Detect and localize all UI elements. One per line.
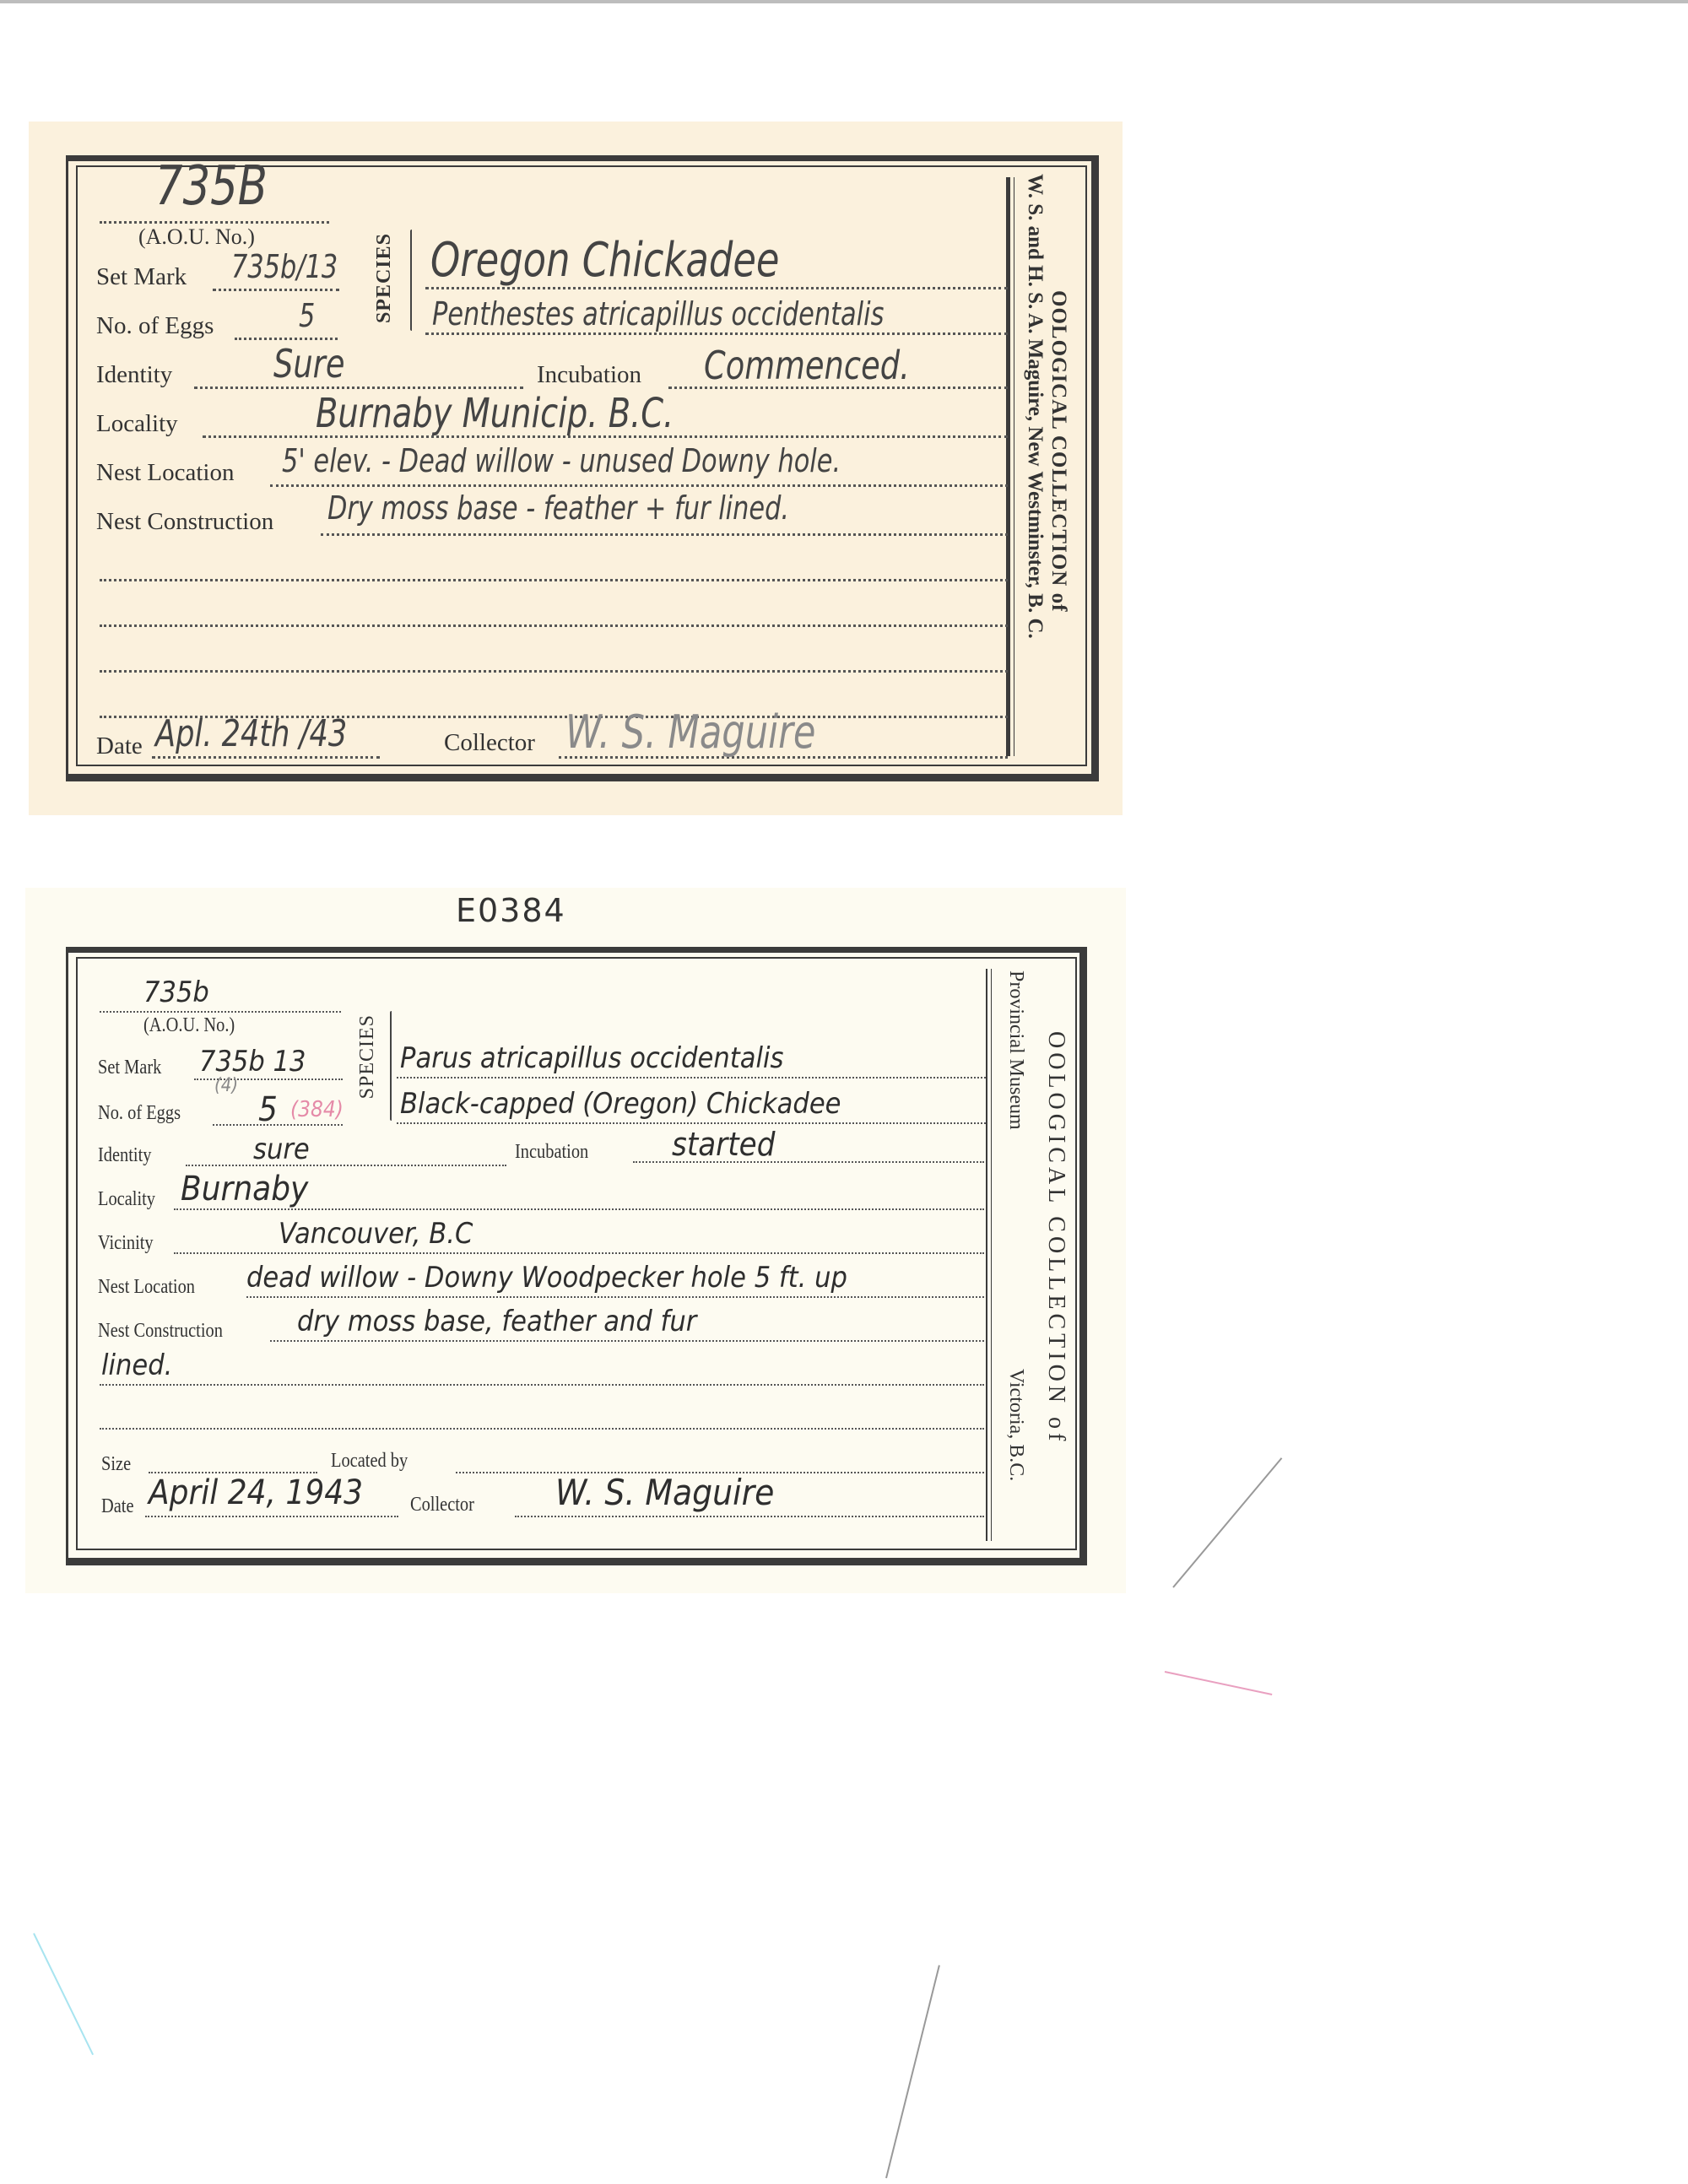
nest-location-line — [246, 1296, 984, 1298]
scan-artifact — [885, 1965, 940, 2178]
aou-line — [100, 221, 329, 224]
blank-line — [100, 579, 1008, 581]
species-brace — [390, 1011, 392, 1121]
side-rule — [986, 969, 992, 1541]
aou-label: (A.O.U. No.) — [138, 224, 255, 250]
collector-label: Collector — [410, 1494, 474, 1516]
date-line — [145, 1516, 398, 1517]
collector-line — [515, 1516, 984, 1517]
set-mark-line — [213, 289, 339, 291]
species-label: SPECIES — [373, 233, 396, 323]
incubation-label: Incubation — [537, 361, 641, 389]
no-of-eggs-label: No. of Eggs — [96, 312, 214, 340]
incubation-value: Commenced. — [704, 343, 910, 388]
nest-construction-line — [321, 533, 1008, 536]
eggs-red-note: (384) — [290, 1097, 344, 1122]
data-slip-provincial-museum: E0384 OOLOGICAL COLLECTION of Provincial… — [25, 888, 1126, 1593]
species-label: SPECIES — [356, 1014, 379, 1099]
set-mark-label: Set Mark — [98, 1057, 161, 1079]
nest-location-label: Nest Location — [98, 1276, 195, 1299]
no-of-eggs-value: 5 — [258, 1090, 278, 1129]
date-label: Date — [101, 1495, 134, 1518]
aou-number-value: 735B — [155, 155, 268, 218]
nest-construction-value-1: dry moss base, feather and fur — [297, 1305, 696, 1338]
date-value: April 24, 1943 — [149, 1473, 363, 1512]
aou-label: (A.O.U. No.) — [143, 1014, 235, 1037]
species-scientific-value: Parus atricapillus occidentalis — [400, 1041, 783, 1075]
locality-value: Burnaby — [181, 1170, 308, 1208]
scan-artifact — [1172, 1457, 1282, 1587]
blank-line — [100, 670, 1008, 673]
blank-line — [100, 624, 1008, 627]
species-common-value: Oregon Chickadee — [430, 233, 779, 288]
collection-header: OOLOGICAL COLLECTION of — [1042, 1031, 1069, 1445]
collector-signature: W. S. Maguire — [565, 705, 815, 759]
no-of-eggs-line — [235, 338, 338, 340]
data-slip-maguire: OOLOGICAL COLLECTION of W. S. and H. S. … — [29, 122, 1123, 815]
species-common-line — [397, 1122, 986, 1124]
incubation-label: Incubation — [515, 1141, 588, 1164]
date-line — [152, 756, 380, 759]
locality-line — [174, 1208, 984, 1210]
locality-value: Burnaby Municip. B.C. — [316, 390, 674, 437]
identity-line — [194, 387, 523, 389]
blank-line — [100, 1428, 984, 1430]
scan-edge — [0, 0, 1688, 3]
nest-construction-value-2: lined. — [101, 1349, 172, 1382]
species-scientific-line — [397, 1077, 986, 1078]
nest-construction-line — [270, 1340, 984, 1342]
identity-value: sure — [253, 1133, 310, 1166]
vicinity-line — [174, 1252, 984, 1254]
eggs-pencil-note: (4) — [214, 1075, 238, 1096]
aou-number-value: 735b — [143, 976, 209, 1009]
nest-location-value: dead willow - Downy Woodpecker hole 5 ft… — [246, 1261, 847, 1295]
species-common-value: Black-capped (Oregon) Chickadee — [400, 1087, 841, 1121]
nest-location-value: 5' elev. - Dead willow - unused Downy ho… — [282, 442, 841, 479]
identity-line — [186, 1165, 506, 1166]
vicinity-label: Vicinity — [98, 1232, 154, 1255]
located-by-label: Located by — [331, 1450, 408, 1473]
museum-location: Victoria, B.C. — [1004, 1369, 1027, 1481]
museum-name: Provincial Museum — [1004, 970, 1027, 1130]
identity-label: Identity — [98, 1144, 151, 1167]
collector-value: W. S. Maguire — [555, 1472, 774, 1513]
set-mark-label: Set Mark — [96, 263, 187, 291]
no-of-eggs-line — [213, 1124, 343, 1126]
scan-artifact — [33, 1933, 94, 2056]
species-brace — [410, 230, 412, 331]
no-of-eggs-label: No. of Eggs — [98, 1102, 181, 1125]
locality-label: Locality — [98, 1188, 155, 1211]
vicinity-value: Vancouver, B.C — [279, 1217, 473, 1251]
date-label: Date — [96, 733, 143, 760]
collection-header: OOLOGICAL COLLECTION of — [1047, 290, 1070, 612]
species-scientific-line — [425, 332, 1008, 335]
collector-label: Collector — [444, 729, 535, 757]
catalog-number: E0384 — [456, 892, 566, 929]
nest-location-label: Nest Location — [96, 459, 234, 487]
scan-artifact — [1165, 1671, 1273, 1695]
set-mark-value: 735b/13 — [231, 248, 338, 285]
aou-line — [100, 1011, 341, 1013]
species-scientific-value: Penthestes atricapillus occidentalis — [432, 295, 884, 332]
nest-construction-label: Nest Construction — [98, 1320, 223, 1343]
date-value: Apl. 24th /43 — [155, 712, 347, 755]
identity-value: Sure — [273, 341, 344, 387]
identity-label: Identity — [96, 361, 172, 389]
incubation-value: started — [672, 1126, 775, 1163]
size-label: Size — [101, 1453, 131, 1476]
set-mark-value: 735b 13 — [199, 1045, 306, 1078]
nest-construction-line-2 — [100, 1384, 984, 1386]
locality-label: Locality — [96, 410, 178, 438]
nest-construction-label: Nest Construction — [96, 508, 273, 536]
nest-location-line — [270, 484, 1008, 487]
no-of-eggs-value: 5 — [299, 297, 315, 334]
collection-owner: W. S. and H. S. A. Maguire, New Westmins… — [1023, 174, 1047, 639]
nest-construction-value: Dry moss base - feather + fur lined. — [327, 489, 789, 527]
